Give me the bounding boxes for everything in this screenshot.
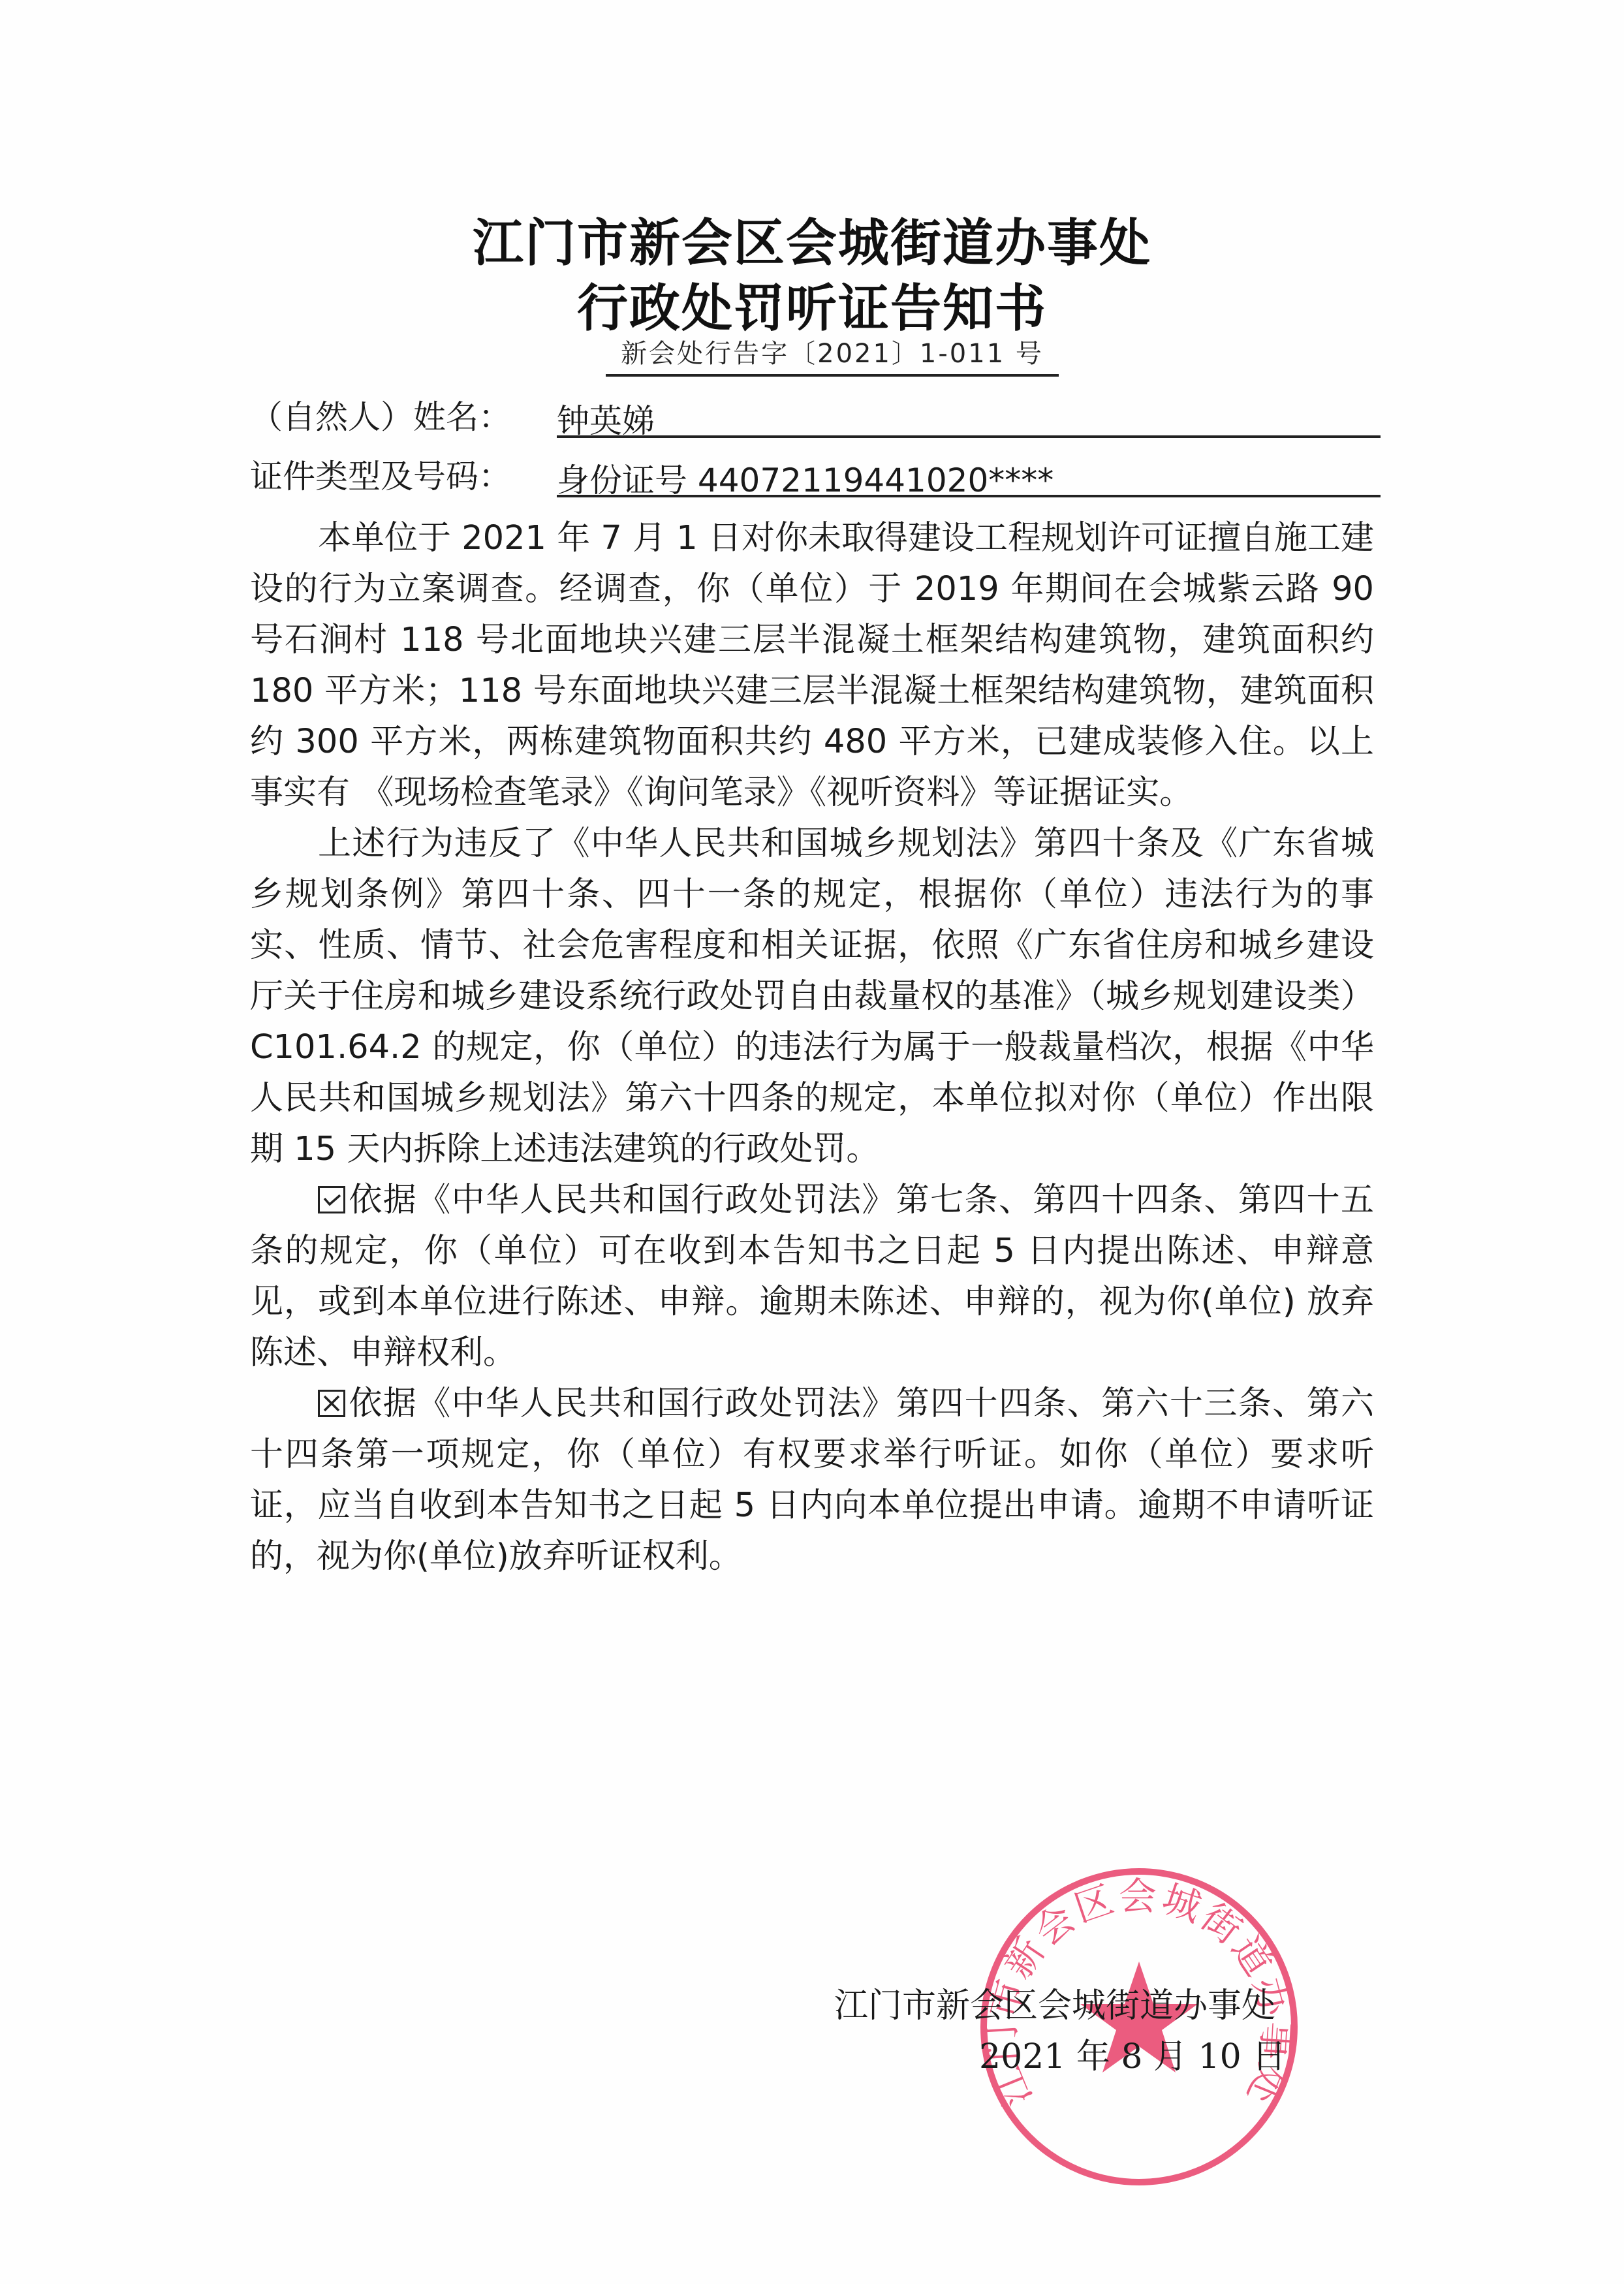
party-id-field: 证件类型及号码： 身份证号 44072119441020****	[250, 454, 511, 497]
paragraph-statement-right: 依据《中华人民共和国行政处罚法》第七条、第四十四条、第四十五条的规定，你（单位）…	[250, 1175, 1374, 1379]
checkbox-crossed-icon	[318, 1390, 345, 1417]
signature-date: 2021 年 8 月 10 日	[979, 2029, 1286, 2078]
document-body: 本单位于 2021 年 7 月 1 日对你未取得建设工程规划许可证擅自施工建设的…	[250, 513, 1374, 1582]
paragraph-hearing-right: 依据《中华人民共和国行政处罚法》第四十四条、第六十三条、第六十四条第一项规定，你…	[250, 1379, 1374, 1582]
document-page: 江门市新会区会城街道办事处 行政处罚听证告知书 新会处行告字〔2021〕1-01…	[0, 0, 1624, 2284]
official-seal-stamp: 江门市新会区会城街道办事处	[976, 1864, 1302, 2190]
party-id-label: 证件类型及号码：	[250, 450, 511, 497]
party-name-label: （自然人）姓名：	[250, 391, 511, 438]
statement-right-text: 依据《中华人民共和国行政处罚法》第七条、第四十四条、第四十五条的规定，你（单位）…	[250, 1181, 1374, 1372]
paragraph-facts: 本单位于 2021 年 7 月 1 日对你未取得建设工程规划许可证擅自施工建设的…	[250, 513, 1374, 819]
party-name-field: （自然人）姓名： 钟英娣	[250, 395, 511, 438]
party-id-value: 身份证号 44072119441020****	[557, 454, 1381, 497]
paragraph-violation: 上述行为违反了《中华人民共和国城乡规划法》第四十条及《广东省城乡规划条例》第四十…	[250, 819, 1374, 1175]
checkbox-checked-icon	[318, 1186, 345, 1213]
party-name-value: 钟英娣	[557, 395, 1381, 438]
signature-organization: 江门市新会区会城街道办事处	[834, 1978, 1275, 2027]
document-number: 新会处行告字〔2021〕1-011 号	[606, 333, 1059, 377]
hearing-right-text: 依据《中华人民共和国行政处罚法》第四十四条、第六十三条、第六十四条第一项规定，你…	[250, 1384, 1374, 1576]
document-title-type: 行政处罚听证告知书	[0, 268, 1624, 341]
document-title-organization: 江门市新会区会城街道办事处	[0, 202, 1624, 275]
